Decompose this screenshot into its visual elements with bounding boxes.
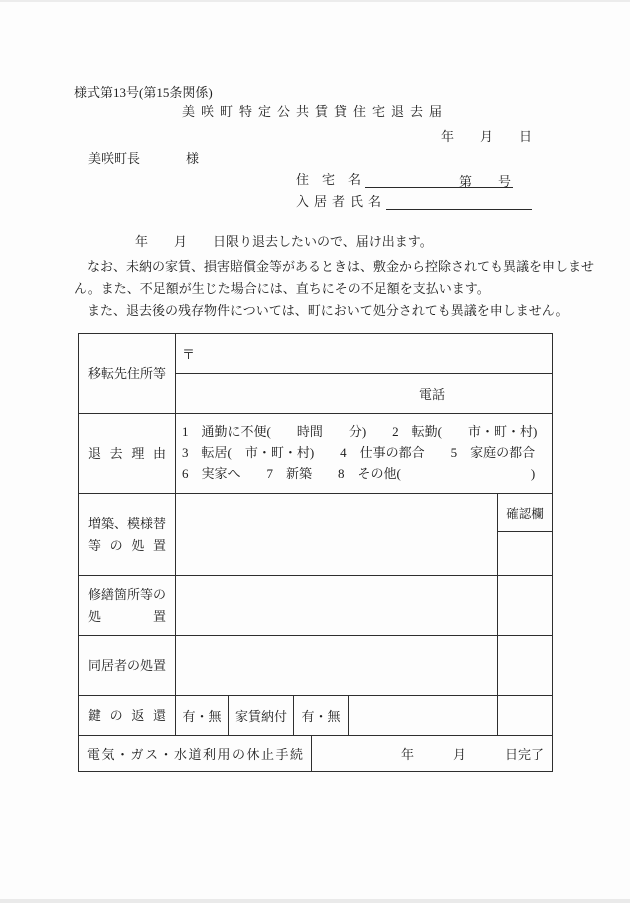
resident-name-label: 入居者氏名 — [296, 194, 386, 209]
phone-field: 電話 — [176, 374, 552, 413]
key-return-label-cell: 鍵の返還 — [79, 696, 176, 735]
moveout-date-line: 年 月 日限り退去したいので、届け出ます。 — [135, 231, 556, 253]
reason-options-cell: 1 通勤に不便( 時間 分) 2 転勤( 市・町・村) 3 転居( 市・町・村)… — [176, 414, 552, 493]
repair-value-cell — [176, 576, 497, 635]
utilities-completion-date: 年 月 日完了 — [401, 744, 544, 763]
body-text: 年 月 日限り退去したいので、届け出ます。 なお、未納の家賃、損害賠償金等がある… — [74, 231, 556, 322]
move-to-label-cell: 移転先住所等 — [79, 334, 176, 413]
body-line: また、退去後の残存物件については、町において処分されても異議を申しません。 — [74, 300, 556, 322]
cohabitant-label: 同居者の処置 — [88, 655, 166, 677]
move-to-label: 移転先住所等 — [88, 363, 166, 385]
form-number: 様式第13号(第15条関係) — [74, 82, 213, 101]
reason-options-line: 3 転居( 市・町・村) 4 仕事の都合 5 家庭の都合 — [182, 442, 552, 463]
page-title: 美咲町特定公共賃貸住宅退去届 — [0, 101, 630, 120]
rent-payment-label: 家賃納付 — [229, 696, 294, 735]
remodel-value-cell — [176, 494, 497, 575]
remodel-label-line1: 増築、模様替 — [88, 513, 166, 535]
table-row-reason: 退去理由 1 通勤に不便( 時間 分) 2 転勤( 市・町・村) 3 転居( 市… — [79, 414, 552, 494]
confirm-cell — [498, 532, 552, 575]
reason-options-line: 1 通勤に不便( 時間 分) 2 転勤( 市・町・村) — [182, 421, 552, 442]
table-row-utilities: 電気・ガス・水道利用の休止手続 年 月 日完了 — [79, 736, 552, 771]
reason-label: 退去理由 — [88, 443, 166, 465]
table-row-cohabitant: 同居者の処置 — [79, 636, 552, 696]
confirm-cell — [497, 636, 552, 695]
housing-name-field: 第 号 — [365, 171, 513, 188]
form-table: 移転先住所等 〒 電話 退去理由 1 通勤に不便( 時間 分) 2 転勤( 市・… — [78, 333, 553, 772]
honorific-label: 様 — [186, 151, 199, 166]
key-return-value: 有・無 — [176, 696, 229, 735]
phone-label: 電話 — [419, 384, 445, 403]
key-return-blank-cell — [349, 696, 497, 735]
repair-label-cell: 修繕箇所等の 処置 — [79, 576, 176, 635]
document-page: 様式第13号(第15条関係) 美咲町特定公共賃貸住宅退去届 年 月 日 美咲町長… — [0, 0, 630, 903]
utilities-date-cell: 年 月 日完了 — [312, 736, 552, 771]
table-row-move-to: 移転先住所等 〒 電話 — [79, 334, 552, 414]
remodel-label-cell: 増築、模様替 等の処置 — [79, 494, 176, 575]
table-row-repair: 修繕箇所等の 処置 — [79, 576, 552, 636]
housing-name-line: 住 宅 名第 号 — [296, 169, 513, 188]
reason-options-line: 6 実家へ 7 新築 8 その他( ) — [182, 463, 552, 484]
remodel-label-line2: 等の処置 — [88, 535, 166, 557]
rent-payment-value: 有・無 — [294, 696, 349, 735]
confirm-cell — [497, 696, 552, 735]
confirm-column-header: 確認欄 — [498, 494, 552, 532]
confirm-cell — [497, 576, 552, 635]
housing-number-suffix: 第 号 — [459, 174, 511, 189]
scan-edge-bottom — [0, 899, 630, 903]
postal-code-field: 〒 — [176, 334, 552, 374]
repair-label-line1: 修繕箇所等の — [88, 584, 166, 606]
cohabitant-label-cell: 同居者の処置 — [79, 636, 176, 695]
repair-label-line2: 処置 — [88, 606, 166, 628]
housing-name-label: 住 宅 名 — [296, 172, 361, 187]
addressee-line: 美咲町長様 — [88, 148, 199, 167]
body-line: ん。また、不足額が生じた場合には、直ちにその不足額を支払います。 — [74, 278, 556, 300]
scan-edge-top — [0, 0, 630, 2]
date-line: 年 月 日 — [441, 126, 532, 145]
reason-label-cell: 退去理由 — [79, 414, 176, 493]
utilities-label-cell: 電気・ガス・水道利用の休止手続 — [79, 736, 312, 771]
postal-mark: 〒 — [182, 344, 195, 363]
body-line: なお、未納の家賃、損害賠償金等があるときは、敷金から控除されても異議を申しませ — [74, 256, 556, 278]
confirm-column: 確認欄 — [497, 494, 552, 575]
move-to-value-cell: 〒 電話 — [176, 334, 552, 413]
key-return-label: 鍵の返還 — [88, 705, 166, 727]
resident-name-line: 入居者氏名 — [296, 191, 532, 210]
table-row-key-return: 鍵の返還 有・無 家賃納付 有・無 — [79, 696, 552, 736]
cohabitant-value-cell — [176, 636, 497, 695]
utilities-label: 電気・ガス・水道利用の休止手続 — [87, 744, 303, 763]
table-row-remodel: 増築、模様替 等の処置 確認欄 — [79, 494, 552, 576]
addressee-name: 美咲町長 — [88, 151, 140, 166]
resident-name-field — [386, 192, 532, 210]
